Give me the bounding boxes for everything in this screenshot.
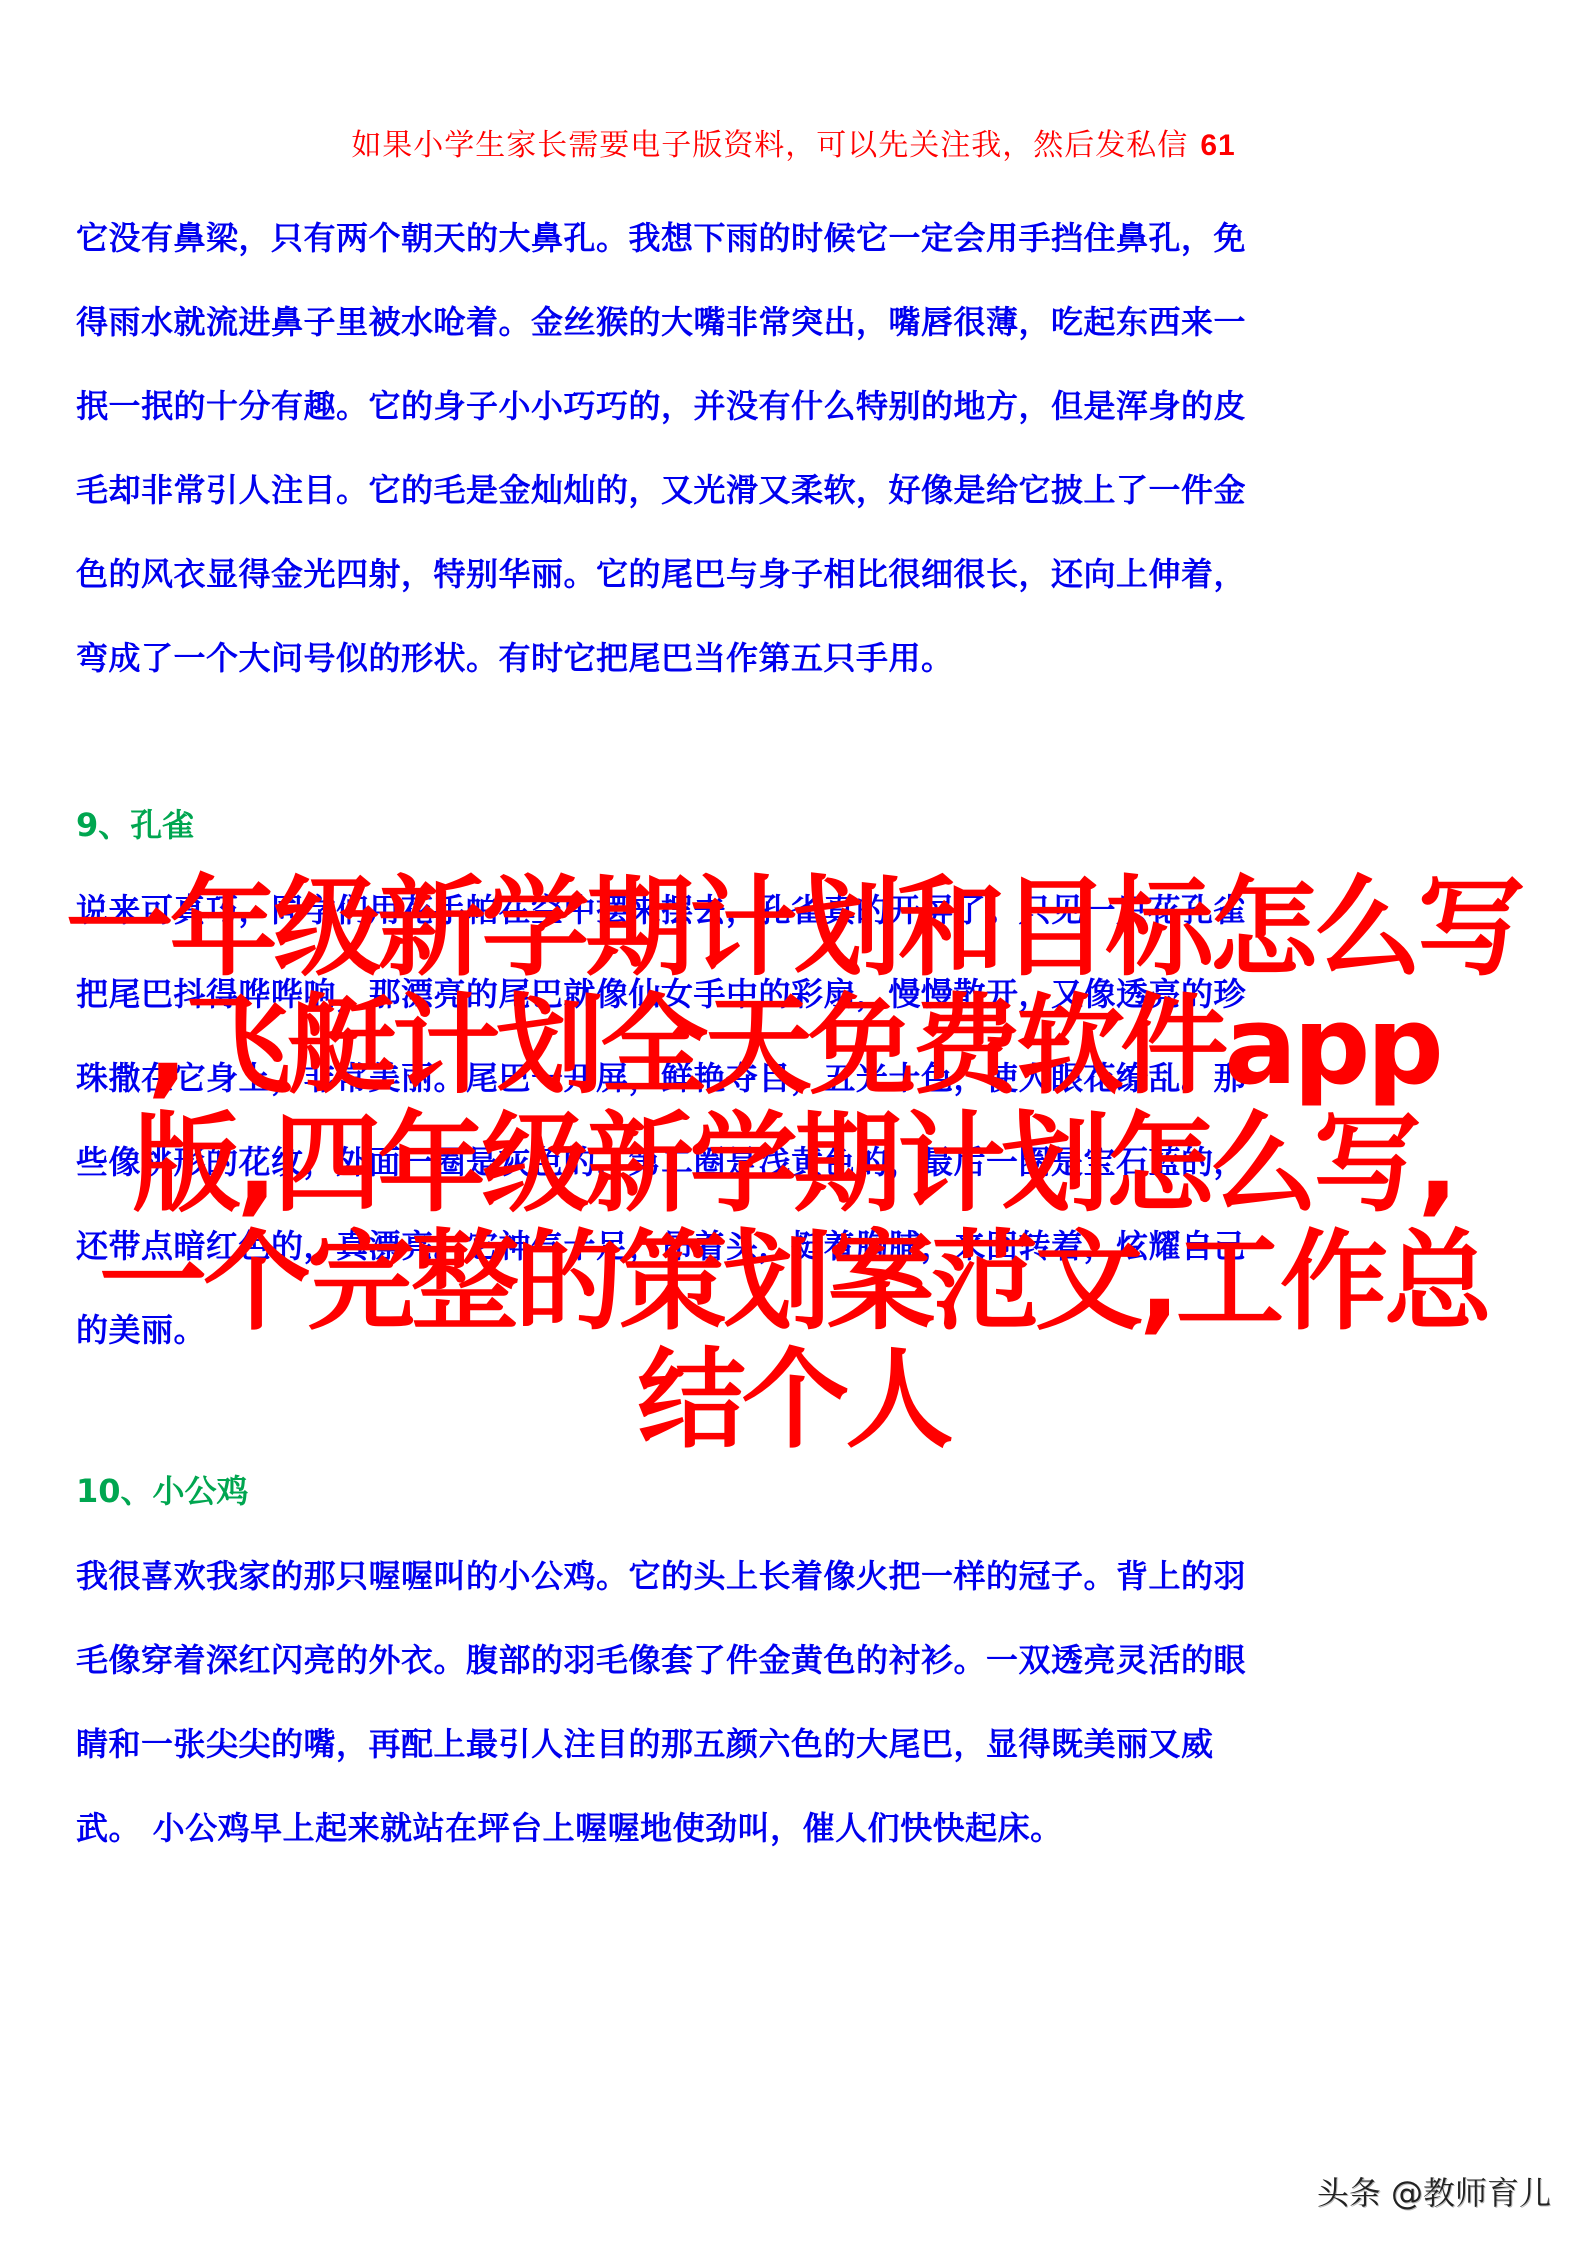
text-line: 我很喜欢我家的那只喔喔叫的小公鸡。它的头上长着像火把一样的冠子。背上的羽: [76, 1534, 1516, 1618]
section-heading-rooster: 10、小公鸡: [76, 1466, 249, 1512]
overlay-line: ,飞艇计划全天免费软件app: [0, 988, 1587, 1106]
text-line: 抿一抿的十分有趣。它的身子小小巧巧的，并没有什么特别的地方，但是浑身的皮: [76, 364, 1516, 448]
text-line: 武。 小公鸡早上起来就站在坪台上喔喔地使劲叫，催人们快快起床。: [76, 1786, 1516, 1870]
text-line: 它没有鼻梁，只有两个朝天的大鼻孔。我想下雨的时候它一定会用手挡住鼻孔，免: [76, 196, 1516, 280]
watermark: 头条 @教师育儿: [1317, 2168, 1551, 2214]
header-text: 如果小学生家长需要电子版资料，可以先关注我，然后发私信: [351, 128, 1188, 163]
overlay-title: 一年级新学期计划和目标怎么写 ,飞艇计划全天免费软件app 版,四年级新学期计划…: [0, 870, 1587, 1460]
text-line: 睛和一张尖尖的嘴，再配上最引人注目的那五颜六色的大尾巴，显得既美丽又威: [76, 1702, 1516, 1786]
section-heading-peacock: 9、孔雀: [76, 800, 194, 846]
text-line: 色的风衣显得金光四射，特别华丽。它的尾巴与身子相比很细很长，还向上伸着，: [76, 532, 1516, 616]
text-line: 弯成了一个大问号似的形状。有时它把尾巴当作第五只手用。: [76, 616, 1516, 700]
overlay-line: 版,四年级新学期计划怎么写,: [0, 1106, 1587, 1224]
overlay-line: 一年级新学期计划和目标怎么写: [0, 870, 1587, 988]
overlay-line: 一个完整的策划案范文,工作总: [0, 1224, 1587, 1342]
overlay-line: 结个人: [0, 1342, 1587, 1460]
paragraph-rooster: 我很喜欢我家的那只喔喔叫的小公鸡。它的头上长着像火把一样的冠子。背上的羽 毛像穿…: [76, 1534, 1516, 1870]
text-line: 毛却非常引人注目。它的毛是金灿灿的，又光滑又柔软，好像是给它披上了一件金: [76, 448, 1516, 532]
page-header: 如果小学生家长需要电子版资料，可以先关注我，然后发私信61: [0, 120, 1587, 164]
text-line: 毛像穿着深红闪亮的外衣。腹部的羽毛像套了件金黄色的衬衫。一双透亮灵活的眼: [76, 1618, 1516, 1702]
page-number: 61: [1200, 129, 1235, 162]
paragraph-monkey: 它没有鼻梁，只有两个朝天的大鼻孔。我想下雨的时候它一定会用手挡住鼻孔，免 得雨水…: [76, 196, 1516, 700]
text-line: 得雨水就流进鼻子里被水呛着。金丝猴的大嘴非常突出，嘴唇很薄，吃起东西来一: [76, 280, 1516, 364]
